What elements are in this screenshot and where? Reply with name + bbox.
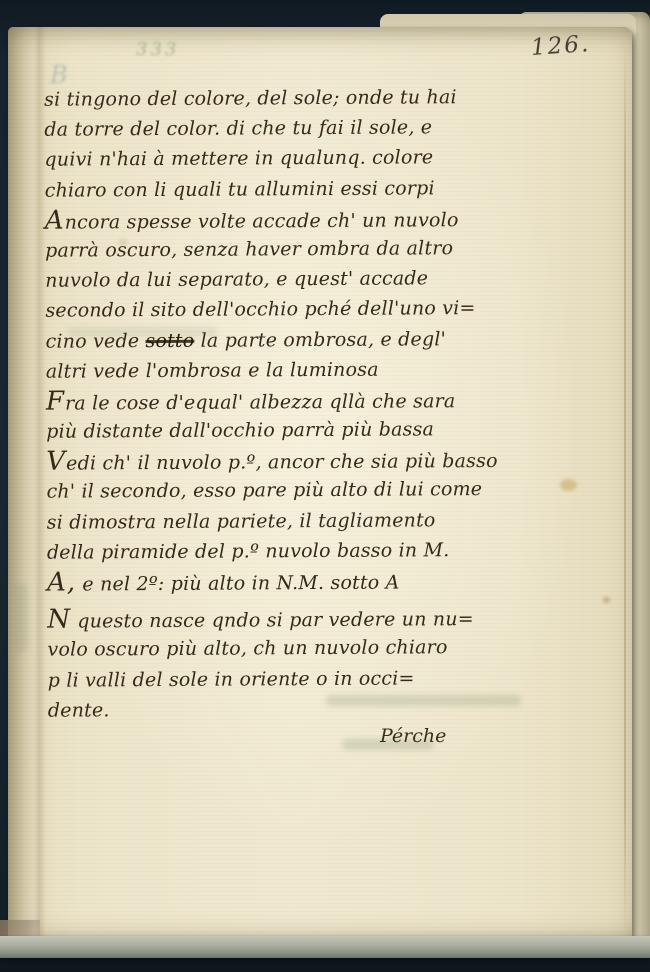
text-line: secondo il sito dell'occhio pché dell'un… xyxy=(45,293,597,327)
text-line: chiaro con li quali tu allumini essi cor… xyxy=(45,172,597,206)
text-line: altri vede l'ombrosa e la luminosa xyxy=(46,353,598,387)
manuscript-text: si tingono del colore, del sole; onde tu… xyxy=(44,81,600,725)
text-line: N questo nasce qndo si par vedere un nu= xyxy=(47,601,599,635)
text-line: Vedi ch' il nuvolo p.º, ancor che sia pi… xyxy=(46,444,598,478)
text-line: volo oscuro più alto, ch un nuvolo chiar… xyxy=(47,632,599,666)
text-line: A, e nel 2º: più alto in N.M. sotto A xyxy=(47,564,599,598)
page-number: 126. xyxy=(530,31,591,61)
text-line: dente. xyxy=(48,692,600,726)
photo-backdrop: 333 B 126. si tingono del colore, del so… xyxy=(0,0,650,972)
text-line: ch' il secondo, esso pare più alto di lu… xyxy=(46,474,598,508)
text-line: nuvolo da lui separato, e quest' accade xyxy=(45,262,597,296)
text-segment: cino vede xyxy=(46,330,146,353)
text-segment: la parte ombrosa, e degl' xyxy=(194,328,446,352)
page-right-edge xyxy=(624,37,626,934)
text-line: p li valli del sole in oriente o in occi… xyxy=(48,662,600,696)
catchword: Pérche xyxy=(380,725,446,747)
text-line: parrà oscuro, senza haver ombra da altro xyxy=(45,232,597,266)
text-line: da torre del color. di che tu fai il sol… xyxy=(44,112,596,146)
text-line: si tingono del colore, del sole; onde tu… xyxy=(44,81,596,115)
text-line-with-deletion: cino vede sotto la parte ombrosa, e degl… xyxy=(46,323,598,357)
text-line: si dimostra nella pariete, il tagliament… xyxy=(47,504,599,538)
text-line: quivi n'hai à mettere in qualunq. colore xyxy=(44,142,596,176)
book-fore-edge xyxy=(0,936,650,958)
text-line: Ancora spesse volte accade ch' un nuvolo xyxy=(45,202,597,236)
struck-out-word: sotto xyxy=(145,329,194,351)
text-line: Fra le cose d'equal' albezza qllà che sa… xyxy=(46,383,598,417)
text-line: più distante dall'occhio parrà più bassa xyxy=(46,413,598,447)
text-line: della piramide del p.º nuvolo basso in M… xyxy=(47,534,599,568)
manuscript-page: 333 B 126. si tingono del colore, del so… xyxy=(8,27,632,942)
